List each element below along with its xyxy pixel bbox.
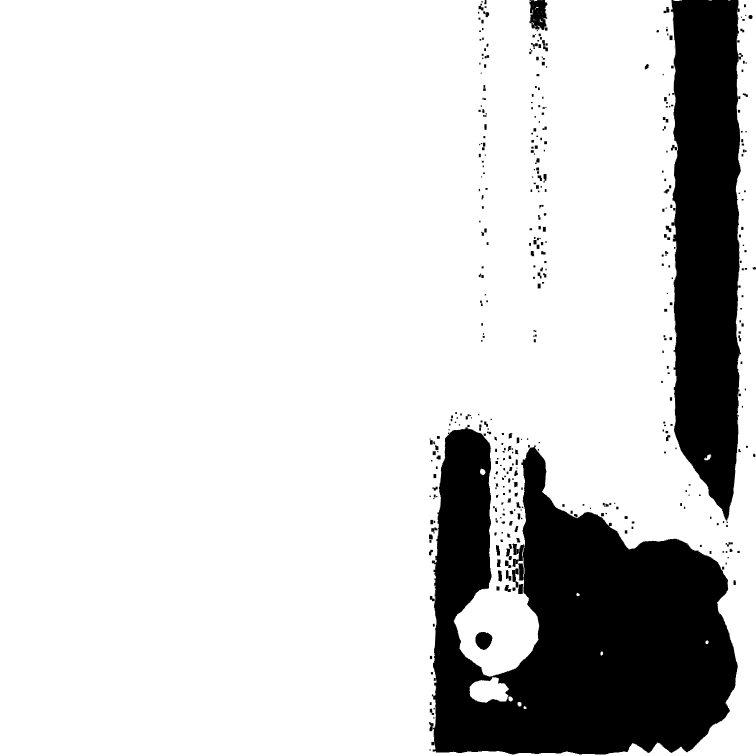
bar-left-fringe-speck [433, 498, 434, 499]
bar-left-fringe-speck [431, 528, 434, 532]
bar-left-fringe-speck [434, 578, 435, 579]
back-fur-fuzz-speck [575, 525, 576, 527]
noise-line-right-speck [544, 150, 545, 152]
band-right-fringe-speck [741, 362, 743, 365]
noise-line-left-speck [483, 165, 484, 167]
noise-line-left-speck [480, 39, 482, 41]
noise-line-right-speck [543, 58, 545, 60]
band-right-fringe-speck [741, 54, 742, 55]
haunch-fuzz-speck [709, 580, 710, 581]
bar-left-fringe-speck [437, 512, 438, 514]
band-taper-fringe-speck [699, 495, 701, 497]
door-frame-band [672, 0, 739, 523]
back-fur-fuzz-speck [597, 523, 598, 524]
noise-line-right-speck [539, 121, 540, 123]
band-right-fringe-speck [741, 55, 742, 56]
haunch-fuzz-speck [728, 557, 729, 558]
noise-line-right-top-speck [535, 23, 537, 25]
noise-line-right-speck [544, 274, 546, 277]
back-fur-fuzz-speck [583, 504, 585, 506]
noise-line-right-speck [544, 141, 547, 144]
gap-speckle-speck [517, 468, 518, 469]
haunch-fuzz-speck [697, 551, 699, 553]
noise-line-left-speck [481, 232, 482, 233]
noise-line-right-speck [540, 276, 542, 279]
back-fur-fuzz-speck [571, 511, 573, 514]
band-left-fringe-speck [672, 277, 673, 279]
bar-left-fringe-speck [437, 734, 439, 736]
band-taper-fringe-speck [715, 471, 716, 473]
gap-speckle-speck [495, 487, 496, 489]
bar-top-fuzz-speck [487, 432, 489, 434]
bar-left-fringe-speck [430, 727, 433, 731]
noise-line-left-speck [482, 198, 483, 199]
band-left-fringe-speck [667, 27, 668, 28]
bar-top-fuzz-speck [479, 425, 481, 428]
band-right-fringe-speck [746, 131, 747, 133]
haunch-fuzz-speck [706, 565, 709, 567]
noise-line-left-speck [482, 1, 483, 3]
noise-line-right-speck [531, 133, 533, 135]
noise-line-left-speck [484, 64, 486, 68]
band-left-fringe-speck [669, 94, 670, 96]
noise-line-right-speck [534, 47, 535, 49]
band-left-fringe-speck [666, 254, 667, 256]
back-fur-fuzz-speck [606, 513, 608, 514]
band-left-fringe-speck [677, 172, 679, 174]
bar-left-fringe-speck [438, 456, 441, 460]
back-fur-fuzz-speck [601, 513, 604, 516]
noise-line-right-speck [537, 171, 539, 173]
ear-fuzz-speck [534, 467, 536, 469]
paw-fleck-1 [501, 694, 505, 698]
band-right-fringe-speck [739, 338, 741, 341]
bar-left-fringe-speck [435, 574, 438, 577]
band-right-fringe-speck [736, 411, 738, 413]
band-left-fringe-speck [663, 430, 664, 432]
bar-top-fuzz-speck [491, 419, 492, 420]
noise-line-right-tail-speck [534, 339, 536, 342]
bar-left-fringe-speck [435, 705, 437, 708]
bar-top-fuzz-speck [471, 417, 472, 418]
noise-line-right-speck [540, 138, 542, 141]
band-left-fringe-speck [677, 246, 679, 249]
noise-line-right-speck [537, 30, 538, 31]
noise-line-right-speck [541, 186, 542, 188]
bar-left-fringe-speck [430, 540, 432, 543]
noise-line-right-speck [546, 66, 547, 67]
band-left-fringe-speck [666, 7, 668, 9]
noise-line-right-speck [542, 113, 544, 115]
band-left-fringe-speck [671, 10, 673, 12]
noise-line-left-speck [481, 177, 482, 178]
band-left-fringe-speck [676, 428, 678, 430]
noise-line-left-speck [479, 18, 481, 20]
band-right-fringe-speck [746, 446, 748, 448]
noise-line-right-speck [534, 153, 535, 154]
noise-line-right-speck [546, 269, 547, 271]
band-right-fringe-speck [738, 96, 740, 99]
bar-top-fuzz-speck [468, 414, 470, 416]
noise-line-right-speck [541, 205, 543, 207]
band-right-fringe-speck [742, 30, 744, 33]
band-left-fringe-speck [662, 209, 664, 212]
back-fur-fuzz-speck [611, 532, 613, 535]
noise-line-right-speck [532, 94, 534, 97]
ear-fuzz-speck [526, 456, 528, 457]
band-left-fringe-speck [676, 281, 678, 284]
band-taper-fringe-speck [723, 521, 724, 523]
bar-left-fringe-speck [434, 732, 436, 734]
band-left-fringe-speck [666, 29, 668, 32]
noise-line-right-speck [529, 243, 531, 246]
noise-line-right-speck [539, 208, 540, 209]
band-left-fringe-speck [670, 205, 672, 208]
bar-left-fringe-speck [432, 599, 435, 602]
noise-line-left-speck [479, 190, 480, 191]
bar-left-fringe-speck [430, 440, 433, 444]
noise-line-right-tail-speck [535, 335, 537, 337]
noise-line-left-speck [484, 85, 486, 88]
bar-left-fringe-speck [432, 561, 435, 564]
white-fleck-4 [481, 469, 486, 474]
back-fur-fuzz-speck [596, 515, 598, 517]
gap-speckle-speck [512, 452, 513, 454]
band-right-fringe-speck [742, 295, 744, 297]
bar-left-fringe-speck [430, 439, 431, 440]
band-taper-fringe-speck [721, 489, 723, 491]
noise-line-left-speck [479, 221, 480, 223]
bar-left-fringe-speck [434, 678, 436, 681]
gap-speckle-speck [504, 448, 506, 450]
noise-line-right-speck [534, 183, 536, 185]
bar-left-fringe-speck [435, 528, 438, 530]
band-left-fringe-speck [670, 337, 673, 340]
bar-left-fringe-speck [437, 696, 440, 699]
noise-line-right-speck [545, 189, 547, 192]
bar-left-fringe-speck [432, 694, 433, 696]
band-left-fringe-speck [666, 431, 669, 433]
bar-top-fuzz-speck [467, 425, 469, 427]
band-left-fringe-speck [676, 165, 678, 168]
gap-speckle-speck [500, 517, 501, 518]
bar-left-fringe-speck [434, 495, 436, 498]
noise-line-left-speck [486, 113, 487, 114]
noise-line-right-speck [544, 213, 547, 215]
band-left-fringe-speck [674, 247, 675, 249]
noise-line-right-speck [538, 217, 540, 219]
band-right-fringe-speck [738, 286, 740, 288]
gap-speckle-speck [523, 500, 525, 502]
band-right-fringe-speck [741, 139, 743, 142]
bar-left-fringe-speck [429, 722, 430, 724]
noise-line-left-speck [482, 111, 483, 112]
band-left-fringe-speck [667, 33, 668, 35]
band-taper-fringe-speck [728, 501, 730, 503]
back-fur-fuzz-speck [562, 522, 563, 524]
noise-line-left-speck [483, 88, 486, 91]
bar-left-fringe-speck [430, 656, 432, 659]
scene-canvas [0, 0, 756, 756]
noise-line-right-speck [534, 169, 535, 170]
band-left-fringe-speck [668, 372, 670, 374]
back-fur-fuzz-speck [571, 539, 573, 542]
band-right-fringe-speck [738, 143, 739, 145]
noise-line-left-speck [482, 233, 484, 236]
noise-line-left-speck [484, 3, 486, 5]
bar-left-fringe-speck [437, 451, 438, 452]
band-right-fringe-speck [741, 131, 743, 133]
noise-line-right-top-speck [542, 10, 546, 14]
bar-left-fringe-speck [434, 570, 437, 572]
noise-line-right-speck [545, 127, 547, 130]
noise-line-right-speck [544, 261, 546, 263]
band-right-fringe-speck [744, 94, 746, 96]
noise-line-right-speck [534, 128, 537, 131]
noise-line-left-speck [479, 154, 481, 157]
noise-line-right-speck [538, 215, 540, 217]
ear-fuzz-speck [531, 448, 533, 450]
band-left-fringe-speck [662, 351, 663, 353]
ear-fuzz-speck [529, 466, 531, 469]
band-taper-fringe-speck [697, 464, 699, 466]
noise-line-left-speck [485, 6, 487, 8]
band-left-fringe-speck [677, 60, 680, 64]
back-fur-fuzz-speck [625, 516, 628, 518]
noise-line-right-top-speck [535, 5, 537, 7]
noise-line-right-speck [539, 226, 541, 229]
band-left-fringe-speck [664, 179, 666, 181]
haunch-fuzz-speck [726, 543, 727, 545]
noise-line-right-speck [535, 34, 536, 35]
noise-line-right-speck [540, 238, 541, 239]
band-right-fringe-speck [738, 223, 739, 225]
band-left-fringe-speck [667, 293, 668, 294]
gap-speckle-speck [521, 509, 522, 510]
noise-line-left-speck [479, 6, 482, 9]
bar-left-fringe-speck [436, 563, 437, 564]
noise-line-left-speck [482, 147, 485, 150]
back-fur-fuzz-speck [615, 534, 617, 536]
gap-speckle-speck [512, 463, 514, 465]
ear-fuzz-speck [527, 438, 528, 440]
noise-line-right-speck [537, 245, 540, 249]
band-left-fringe-speck [666, 106, 668, 108]
bar-left-fringe-speck [434, 656, 436, 658]
noise-line-right-speck [545, 241, 547, 242]
haunch-fuzz-speck [700, 583, 702, 586]
bar-left-fringe-speck [435, 587, 436, 589]
noise-line-right-top-speck [530, 8, 532, 10]
ear-fuzz-speck [538, 449, 539, 451]
back-fur-fuzz-speck [601, 519, 603, 521]
band-left-fringe-speck [666, 102, 668, 104]
band-right-fringe-speck [745, 389, 746, 391]
band-left-fringe-speck [664, 452, 666, 454]
band-taper-fringe-speck [727, 522, 728, 523]
noise-line-right-speck [535, 116, 536, 118]
band-right-fringe-speck [740, 353, 741, 355]
bar-top-fuzz-speck [488, 428, 489, 430]
band-right-fringe-speck [740, 29, 742, 31]
band-left-fringe-speck [666, 151, 667, 153]
bar-top-fuzz-speck [458, 434, 460, 436]
noise-line-right-speck [529, 52, 531, 54]
noise-line-right-speck [545, 48, 548, 52]
haunch-fuzz-speck [737, 551, 739, 553]
bar-left-fringe-speck [436, 466, 438, 469]
noise-line-right-speck [536, 57, 539, 61]
bar-top-fuzz-speck [448, 433, 449, 435]
bar-top-fuzz-speck [461, 434, 463, 436]
haunch-fuzz-speck [712, 563, 714, 567]
band-taper-fringe-speck [710, 517, 711, 519]
bar-left-fringe-speck [433, 451, 436, 455]
noise-line-right-speck [540, 178, 542, 181]
noise-line-left-speck [483, 109, 484, 111]
band-left-fringe-speck [662, 264, 664, 266]
noise-line-right-speck [537, 158, 540, 162]
band-left-fringe-speck [667, 366, 669, 369]
band-left-fringe-speck [664, 97, 667, 101]
noise-line-right-speck [538, 175, 540, 178]
noise-line-right-speck [543, 227, 546, 232]
bar-left-fringe-speck [434, 574, 435, 575]
back-fur-fuzz-speck [571, 517, 573, 518]
back-fur-fuzz-speck [578, 528, 581, 532]
band-right-fringe-speck [744, 190, 746, 192]
band-right-fringe-speck [737, 60, 739, 62]
noise-line-left-speck [485, 294, 486, 295]
noise-line-right-speck [539, 205, 541, 207]
bar-top-fuzz-speck [486, 424, 488, 427]
noise-line-left-speck [483, 173, 485, 174]
back-fur-fuzz-speck [572, 546, 574, 548]
white-fleck-1 [575, 593, 578, 596]
band-left-fringe-speck [675, 448, 676, 450]
band-taper-fringe-speck [680, 503, 682, 506]
bar-top-fuzz-speck [451, 419, 453, 422]
band-left-fringe-speck [670, 397, 672, 400]
band-right-fringe-speck [742, 323, 744, 326]
bar-left-fringe-speck [430, 596, 432, 600]
bar-left-fringe-speck [433, 441, 435, 443]
noise-line-left-speck [485, 0, 487, 3]
band-right-fringe-speck [736, 199, 738, 200]
stray-dot-5 [753, 454, 756, 457]
bar-left-fringe-speck [430, 520, 433, 524]
bar-left-fringe-speck [436, 708, 439, 711]
gap-speckle-speck [521, 518, 522, 519]
bar-left-fringe-speck [437, 436, 440, 439]
band-right-fringe-speck [742, 199, 744, 201]
noise-line-right-top-speck [543, 4, 546, 8]
ear-fuzz-speck [528, 445, 530, 448]
bar-top-fuzz-speck [454, 430, 456, 432]
back-fur-fuzz-speck [564, 527, 566, 529]
band-left-fringe-speck [677, 276, 679, 277]
haunch-fuzz-speck [723, 551, 725, 553]
gap-speckle-speck [521, 463, 523, 466]
bar-left-fringe-speck [436, 725, 438, 727]
noise-line-right-top-speck [537, 27, 539, 30]
band-taper-fringe-speck [721, 469, 722, 471]
back-fur-fuzz-speck [576, 515, 578, 518]
white-fleck-3 [704, 641, 707, 644]
noise-line-right-top-speck [532, 25, 535, 28]
bar-left-fringe-speck [433, 717, 434, 718]
noise-line-right-speck [544, 175, 547, 179]
band-left-fringe-speck [676, 94, 677, 95]
bar-left-fringe-speck [434, 521, 435, 523]
noise-line-right-speck [531, 147, 533, 149]
bar-left-fringe-speck [438, 668, 441, 672]
noise-line-left-tail-speck [483, 333, 484, 335]
band-left-fringe-speck [670, 36, 672, 38]
ear-fuzz-speck [538, 462, 539, 464]
noise-line-right-top-speck [533, 7, 535, 10]
noise-line-left-tail-speck [481, 340, 482, 342]
noise-line-right-speck [542, 40, 545, 43]
noise-line-right-speck [543, 46, 545, 49]
band-left-fringe-speck [670, 302, 673, 305]
bar-top-fuzz-speck [457, 417, 458, 418]
band-left-fringe-speck [663, 74, 664, 76]
band-right-fringe-speck [742, 406, 743, 408]
band-right-fringe-speck [745, 268, 747, 270]
bar-left-fringe-speck [433, 487, 434, 489]
band-left-fringe-speck [663, 422, 665, 424]
band-taper-fringe-speck [707, 479, 708, 481]
band-left-fringe-speck [664, 425, 666, 426]
bar-top-fuzz-speck [465, 433, 466, 434]
back-fur-fuzz-speck [632, 522, 635, 524]
noise-line-left-speck [481, 20, 483, 24]
haunch-fuzz-speck [731, 550, 732, 552]
band-left-fringe-speck [676, 266, 677, 268]
noise-line-right-speck [535, 43, 538, 46]
noise-line-right-speck [538, 273, 541, 277]
noise-line-left-speck [485, 56, 487, 58]
bar-left-fringe-speck [433, 750, 435, 752]
back-fur-fuzz-speck [579, 524, 581, 527]
bar-left-fringe-speck [431, 742, 434, 745]
haunch-fuzz-speck [722, 567, 724, 570]
noise-line-left-speck [483, 136, 485, 138]
noise-line-right-speck [538, 88, 540, 91]
band-taper-fringe-speck [728, 457, 730, 460]
noise-line-right-speck [542, 282, 544, 284]
band-left-fringe-speck [667, 189, 670, 191]
noise-line-right-top-speck [542, 21, 545, 24]
noise-line-right-top-speck [544, 2, 546, 4]
band-left-fringe-speck [664, 335, 666, 337]
noise-line-right-speck [543, 252, 546, 254]
band-left-fringe-speck [669, 106, 670, 108]
band-left-fringe-speck [663, 129, 665, 131]
noise-line-right-speck [544, 181, 545, 183]
bar-top-fuzz-speck [449, 429, 450, 430]
bar-left-fringe-speck [431, 672, 433, 674]
thresholded-photo [0, 0, 756, 756]
band-left-fringe-speck [672, 93, 674, 95]
haunch-fuzz-speck [720, 571, 723, 575]
bar-left-fringe-speck [436, 672, 438, 674]
noise-line-left-speck [482, 58, 483, 60]
noise-line-right-top-speck [530, 10, 532, 13]
bar-left-fringe-speck [433, 624, 435, 627]
bar-left-fringe-speck [434, 583, 436, 586]
